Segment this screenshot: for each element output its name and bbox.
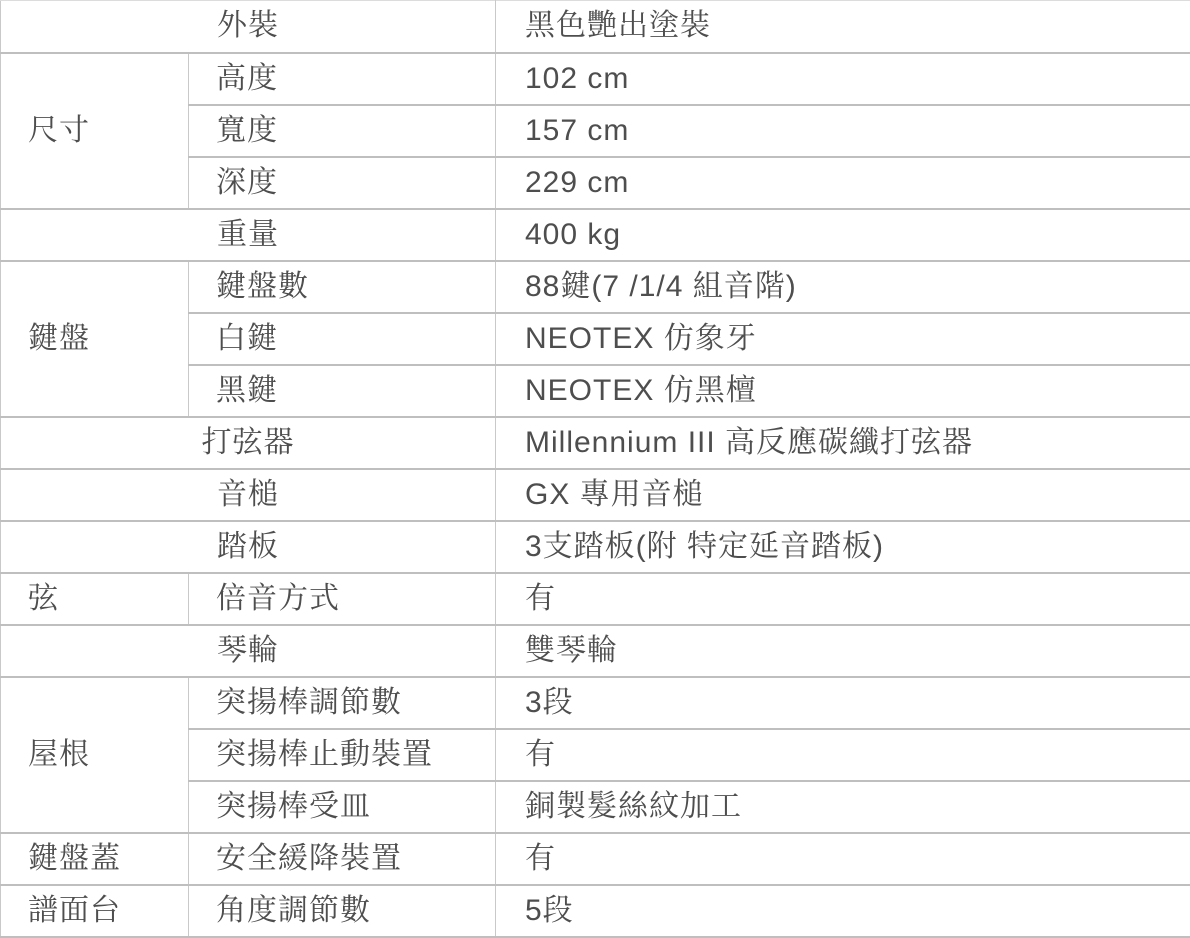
- subitem-cell: 突揚棒止動裝置: [189, 729, 496, 781]
- table-row: 外裝 黑色艷出塗裝: [1, 1, 1190, 53]
- value-cell: 有: [496, 729, 1190, 781]
- category-cell: 弦: [1, 573, 189, 625]
- value-cell: 雙琴輪: [496, 625, 1190, 677]
- value-cell: 有: [496, 573, 1190, 625]
- table-row: 鍵盤蓋 安全緩降裝置 有: [1, 833, 1190, 885]
- table-row: 打弦器 Millennium III 高反應碳纖打弦器: [1, 417, 1190, 469]
- merged-label-cell: 重量: [1, 209, 496, 261]
- subitem-cell: 白鍵: [189, 313, 496, 365]
- merged-label-cell: 琴輪: [1, 625, 496, 677]
- subitem-cell: 寬度: [189, 105, 496, 157]
- subitem-cell: 突揚棒受皿: [189, 781, 496, 833]
- value-cell: 157 cm: [496, 105, 1190, 157]
- value-cell: 銅製髮絲紋加工: [496, 781, 1190, 833]
- subitem-cell: 鍵盤數: [189, 261, 496, 313]
- value-cell: Millennium III 高反應碳纖打弦器: [496, 417, 1190, 469]
- merged-label-cell: 音槌: [1, 469, 496, 521]
- subitem-cell: 高度: [189, 53, 496, 105]
- spec-table: 外裝 黑色艷出塗裝 尺寸 高度 102 cm 寬度 157 cm 深度 229 …: [0, 0, 1190, 938]
- table-row: 尺寸 高度 102 cm: [1, 53, 1190, 105]
- value-cell: 102 cm: [496, 53, 1190, 105]
- table-row: 音槌 GX 專用音槌: [1, 469, 1190, 521]
- category-cell: 鍵盤: [1, 261, 189, 417]
- subitem-cell: 安全緩降裝置: [189, 833, 496, 885]
- merged-label-cell: 踏板: [1, 521, 496, 573]
- value-cell: 400 kg: [496, 209, 1190, 261]
- table-row: 屋根 突揚棒調節數 3段: [1, 677, 1190, 729]
- subitem-cell: 深度: [189, 157, 496, 209]
- value-cell: GX 專用音槌: [496, 469, 1190, 521]
- table-row: 琴輪 雙琴輪: [1, 625, 1190, 677]
- table-row: 譜面台 角度調節數 5段: [1, 885, 1190, 937]
- merged-label-cell: 外裝: [1, 1, 496, 53]
- subitem-cell: 突揚棒調節數: [189, 677, 496, 729]
- value-cell: 有: [496, 833, 1190, 885]
- category-cell: 鍵盤蓋: [1, 833, 189, 885]
- merged-label-cell: 打弦器: [1, 417, 496, 469]
- category-cell: 屋根: [1, 677, 189, 833]
- table-row: 踏板 3支踏板(附 特定延音踏板): [1, 521, 1190, 573]
- value-cell: 5段: [496, 885, 1190, 937]
- value-cell: NEOTEX 仿黑檀: [496, 365, 1190, 417]
- value-cell: 3支踏板(附 特定延音踏板): [496, 521, 1190, 573]
- category-cell: 尺寸: [1, 53, 189, 209]
- value-cell: 88鍵(7 /1/4 組音階): [496, 261, 1190, 313]
- value-cell: NEOTEX 仿象牙: [496, 313, 1190, 365]
- subitem-cell: 倍音方式: [189, 573, 496, 625]
- table-row: 鍵盤 鍵盤數 88鍵(7 /1/4 組音階): [1, 261, 1190, 313]
- value-cell: 3段: [496, 677, 1190, 729]
- table-row: 弦 倍音方式 有: [1, 573, 1190, 625]
- subitem-cell: 黑鍵: [189, 365, 496, 417]
- value-cell: 黑色艷出塗裝: [496, 1, 1190, 53]
- subitem-cell: 角度調節數: [189, 885, 496, 937]
- table-row: 重量 400 kg: [1, 209, 1190, 261]
- value-cell: 229 cm: [496, 157, 1190, 209]
- category-cell: 譜面台: [1, 885, 189, 937]
